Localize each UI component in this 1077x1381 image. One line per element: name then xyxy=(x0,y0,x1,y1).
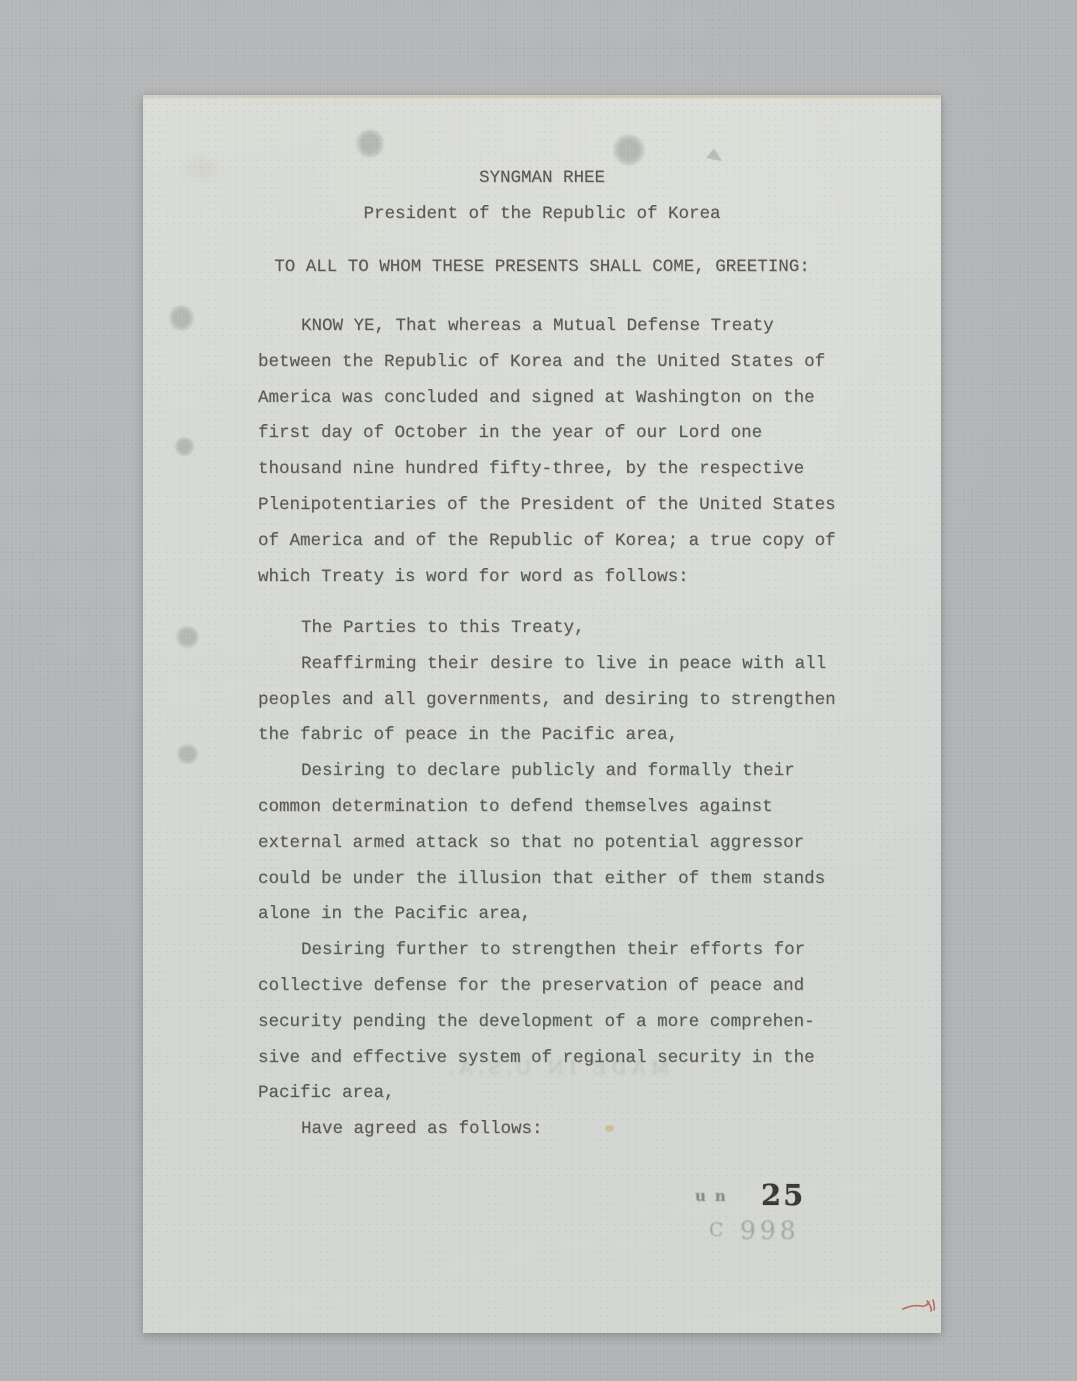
typed-line: common determination to defend themselve… xyxy=(258,790,836,826)
punch-hole-ghost xyxy=(355,128,385,159)
typed-line: Pacific area, xyxy=(258,1076,836,1112)
faint-stamp-marks: un xyxy=(695,1187,735,1205)
typed-line: Desiring to declare publicly and formall… xyxy=(258,754,836,790)
typed-line: collective defense for the preservation … xyxy=(258,969,836,1005)
typed-line: Desiring further to strengthen their eff… xyxy=(258,933,836,969)
document-author: SYNGMAN RHEE xyxy=(143,161,941,197)
typed-line: alone in the Pacific area, xyxy=(258,897,836,933)
punch-hole-ghost xyxy=(175,625,200,649)
typed-line: between the Republic of Korea and the Un… xyxy=(258,345,836,381)
typed-line: of America and of the Republic of Korea;… xyxy=(258,524,836,560)
punch-hole-ghost xyxy=(176,743,199,765)
typed-line: America was concluded and signed at Wash… xyxy=(258,381,836,417)
punch-hole-ghost xyxy=(174,436,195,457)
typed-line: sive and effective system of regional se… xyxy=(258,1041,836,1077)
typed-line: The Parties to this Treaty, xyxy=(258,611,836,647)
typed-line: could be under the illusion that either … xyxy=(258,862,836,898)
document-author-title: President of the Republic of Korea xyxy=(143,197,941,233)
typed-line: first day of October in the year of our … xyxy=(258,416,836,452)
serial-number-stamp: 998 xyxy=(740,1216,800,1245)
typed-line: Have agreed as follows: xyxy=(258,1112,836,1148)
typed-line: KNOW YE, That whereas a Mutual Defense T… xyxy=(258,309,836,345)
typed-line: the fabric of peace in the Pacific area, xyxy=(258,718,836,754)
treaty-text-block: The Parties to this Treaty,Reaffirming t… xyxy=(258,611,836,1148)
paper-stain xyxy=(706,148,722,161)
salutation-line: TO ALL TO WHOM THESE PRESENTS SHALL COME… xyxy=(143,250,941,286)
typed-line: security pending the development of a mo… xyxy=(258,1005,836,1041)
punch-hole-ghost xyxy=(168,304,195,332)
typed-line: Reaffirming their desire to live in peac… xyxy=(258,647,836,683)
document-page: MADE IN U.S.A. SYNGMAN RHEE President of… xyxy=(143,95,941,1333)
preamble-paragraph: KNOW YE, That whereas a Mutual Defense T… xyxy=(258,309,836,595)
typed-line: thousand nine hundred fifty-three, by th… xyxy=(258,452,836,488)
page-number-stamp: 25 xyxy=(761,1178,805,1212)
typed-line: which Treaty is word for word as follows… xyxy=(258,560,836,596)
faint-stamp-letter: C xyxy=(709,1219,724,1241)
typed-line: peoples and all governments, and desirin… xyxy=(258,683,836,719)
red-pen-mark xyxy=(901,1293,941,1317)
document-header: SYNGMAN RHEE President of the Republic o… xyxy=(143,161,941,233)
scanned-document-background: MADE IN U.S.A. SYNGMAN RHEE President of… xyxy=(0,0,1077,1381)
typed-line: Plenipotentiaries of the President of th… xyxy=(258,488,836,524)
typed-line: external armed attack so that no potenti… xyxy=(258,826,836,862)
